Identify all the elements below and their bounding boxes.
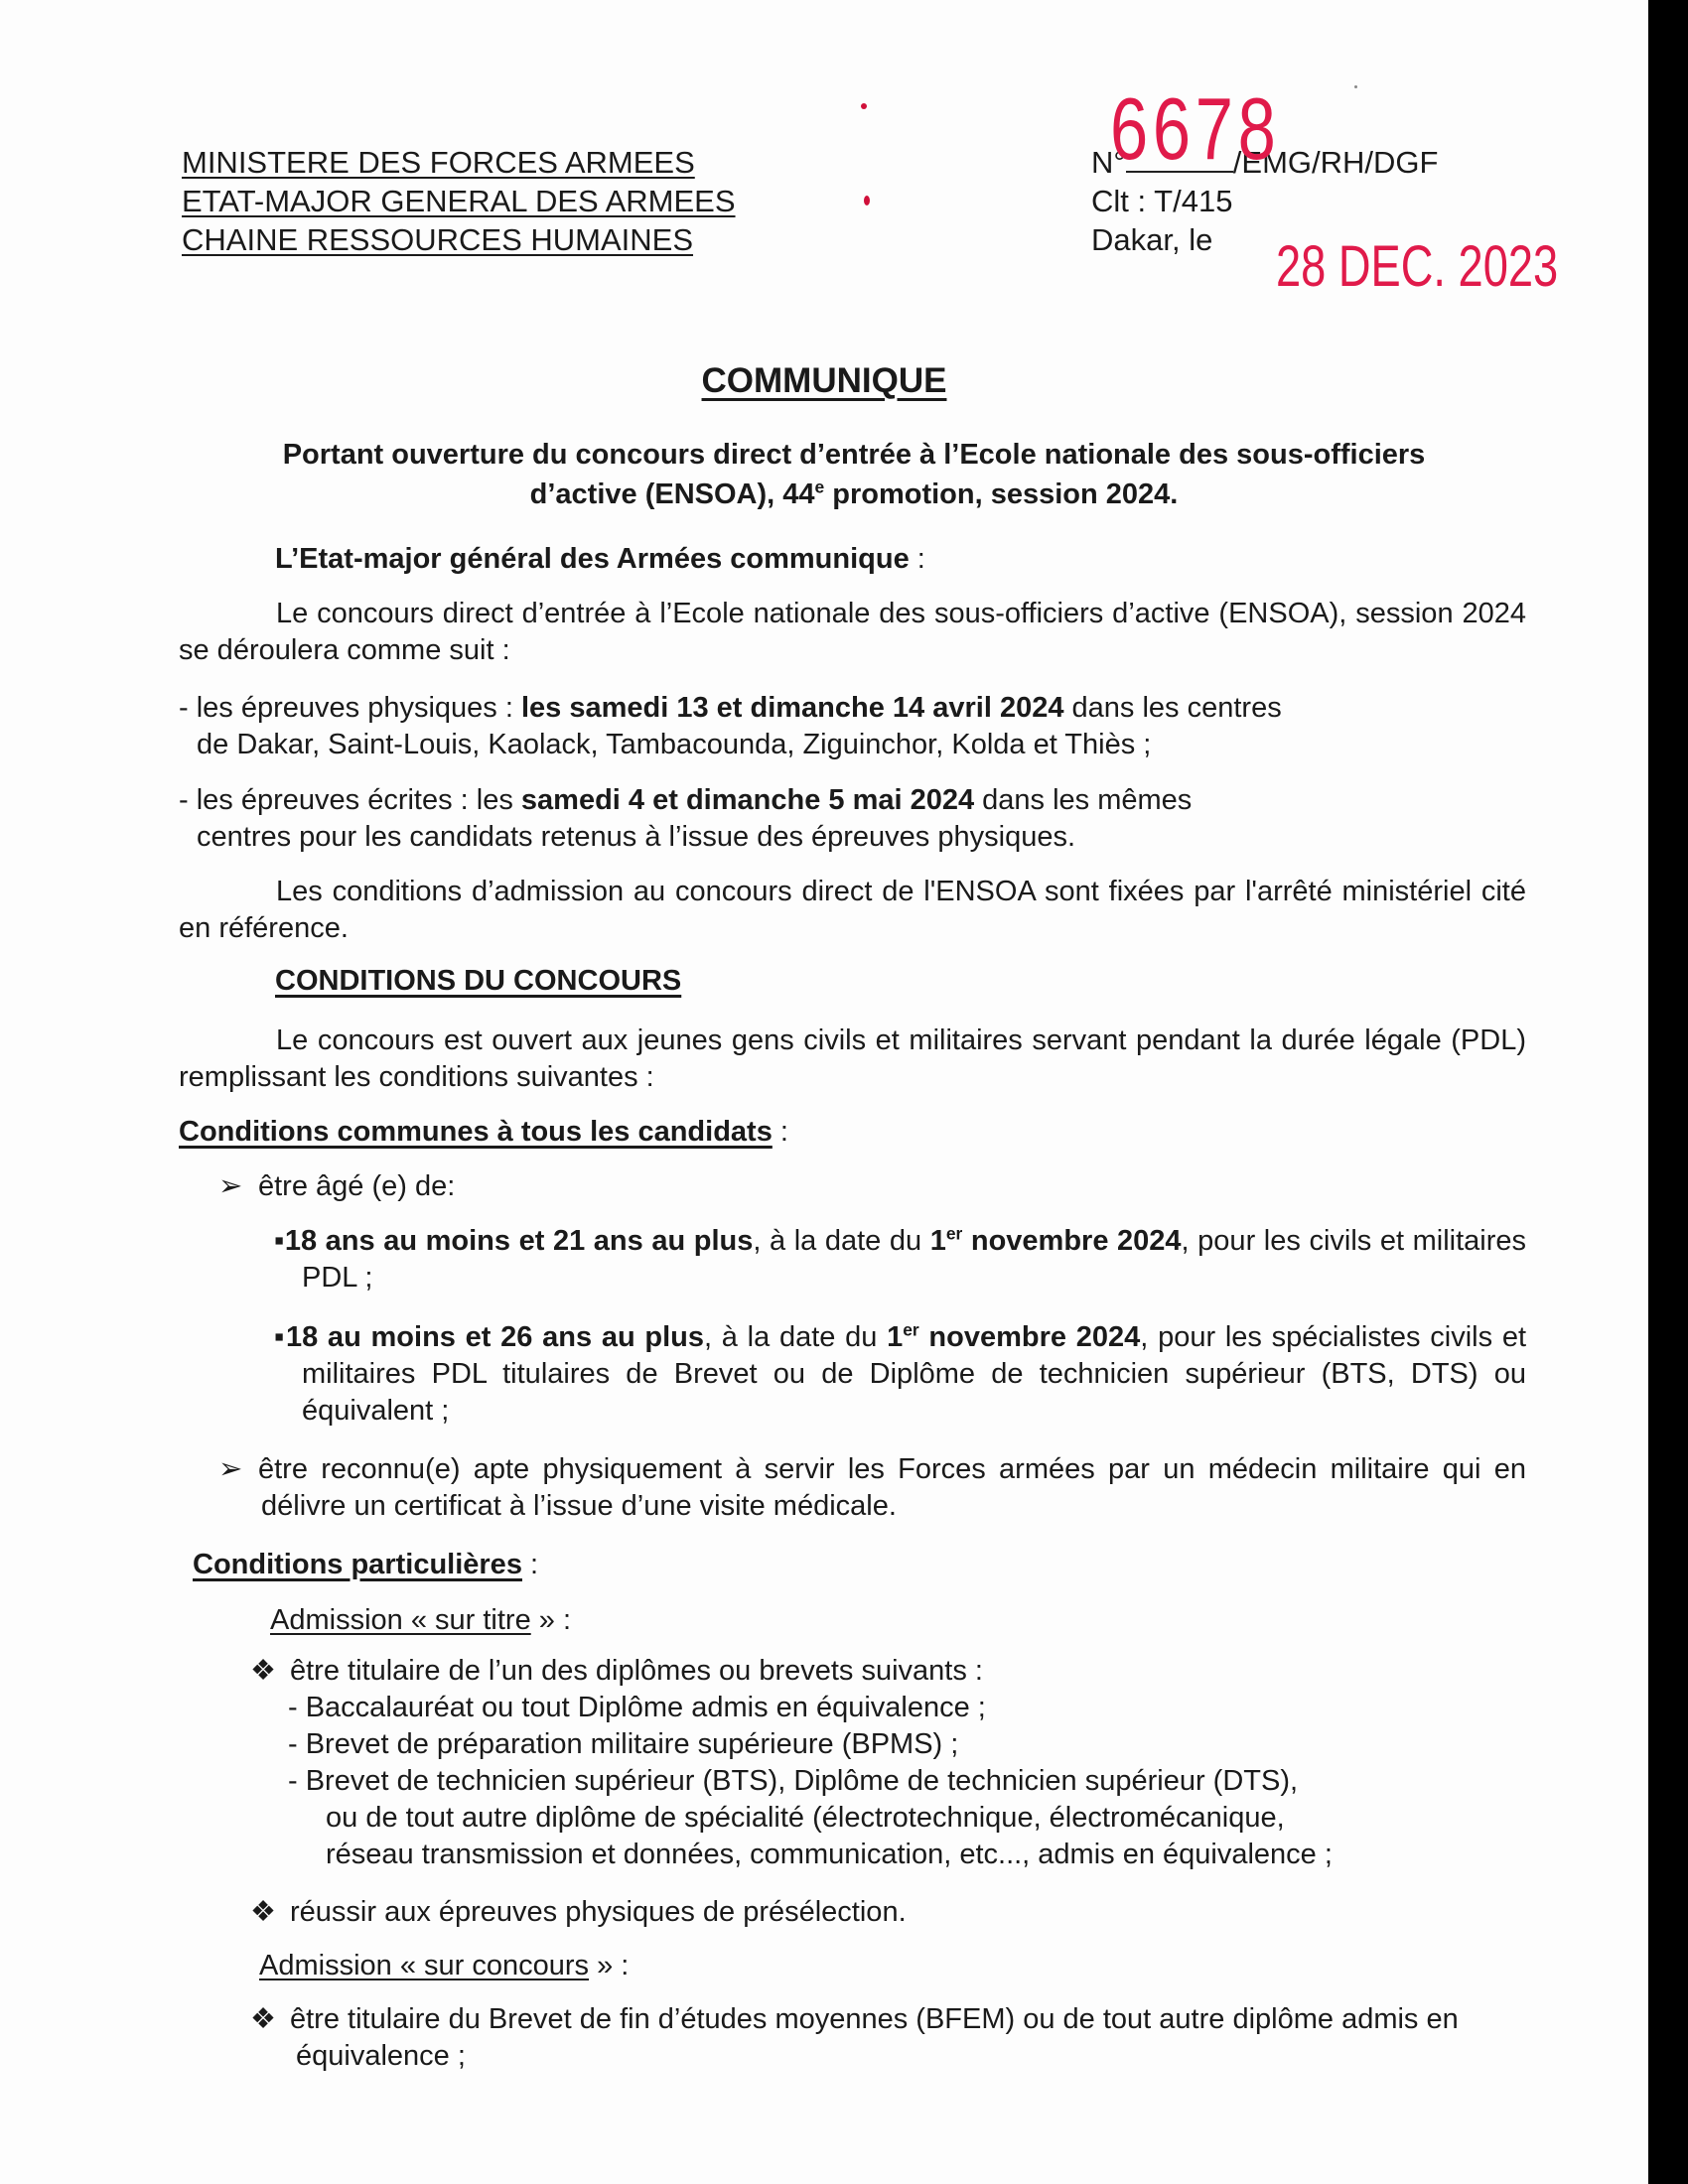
- sur-titre-diploma-condition: ❖être titulaire de l’un des diplômes ou …: [250, 1653, 1333, 1873]
- diamond-bullet-icon: ❖: [250, 1894, 290, 1931]
- stamp-date: 28 DEC. 2023: [1276, 238, 1558, 296]
- admission-sur-concours-heading: Admission « sur concours » :: [259, 1948, 629, 1984]
- sur-titre-physical-condition: ❖réussir aux épreuves physiques de présé…: [250, 1894, 907, 1931]
- ink-speck: [1354, 85, 1357, 88]
- schedule-physical: - les épreuves physiques : les samedi 13…: [179, 690, 1282, 763]
- square-bullet-icon: ▪: [274, 1321, 286, 1353]
- paragraph-eligibility: Le concours est ouvert aux jeunes gens c…: [179, 1023, 1526, 1096]
- intro-line: L’Etat-major général des Armées communiq…: [275, 541, 925, 578]
- particular-conditions-heading: Conditions particulières :: [193, 1547, 538, 1583]
- org-header: MINISTERE DES FORCES ARMEES ETAT-MAJOR G…: [182, 143, 736, 259]
- ink-speck: [861, 103, 867, 109]
- fitness-condition: ➢être reconnu(e) apte physiquement à ser…: [218, 1451, 1526, 1525]
- diamond-bullet-icon: ❖: [250, 1653, 290, 1690]
- subtitle: Portant ouverture du concours direct d’e…: [179, 435, 1529, 514]
- diploma-item: - Brevet de technicien supérieur (BTS), …: [250, 1763, 1333, 1800]
- stamp-reference-number: 6678: [1110, 85, 1280, 173]
- arrow-bullet-icon: ➢: [218, 1168, 258, 1205]
- arrow-bullet-icon: ➢: [218, 1451, 258, 1488]
- square-bullet-icon: ▪: [274, 1225, 285, 1257]
- paragraph-admission-conditions: Les conditions d’admission au concours d…: [179, 874, 1526, 947]
- diploma-item: - Baccalauréat ou tout Diplôme admis en …: [250, 1690, 1333, 1726]
- clt-reference: Clt : T/415: [1091, 182, 1438, 220]
- org-line-staff: ETAT-MAJOR GENERAL DES ARMEES: [182, 182, 736, 220]
- section-heading: CONDITIONS DU CONCOURS: [275, 963, 681, 1000]
- document-page: MINISTERE DES FORCES ARMEES ETAT-MAJOR G…: [0, 0, 1648, 2184]
- diamond-bullet-icon: ❖: [250, 2001, 290, 2038]
- sur-concours-diploma-condition: ❖être titulaire du Brevet de fin d’étude…: [250, 2001, 1526, 2075]
- org-line-ministry: MINISTERE DES FORCES ARMEES: [182, 143, 736, 182]
- ink-speck: [864, 196, 870, 205]
- org-line-hr: CHAINE RESSOURCES HUMAINES: [182, 220, 736, 259]
- schedule-written: - les épreuves écrites : les samedi 4 et…: [179, 782, 1192, 856]
- admission-sur-titre-heading: Admission « sur titre » :: [270, 1602, 571, 1639]
- diploma-item: - Brevet de préparation militaire supéri…: [250, 1726, 1333, 1763]
- page-title: COMMUNIQUE: [0, 361, 1648, 401]
- age-condition: ➢être âgé (e) de:: [218, 1168, 455, 1205]
- paragraph-schedule-intro: Le concours direct d’entrée à l’Ecole na…: [179, 596, 1526, 669]
- age-item-civilians: ▪18 ans au moins et 21 ans au plus, à la…: [254, 1223, 1526, 1297]
- age-item-specialists: ▪18 au moins et 26 ans au plus, à la dat…: [254, 1319, 1526, 1430]
- common-conditions-heading: Conditions communes à tous les candidats…: [179, 1114, 788, 1151]
